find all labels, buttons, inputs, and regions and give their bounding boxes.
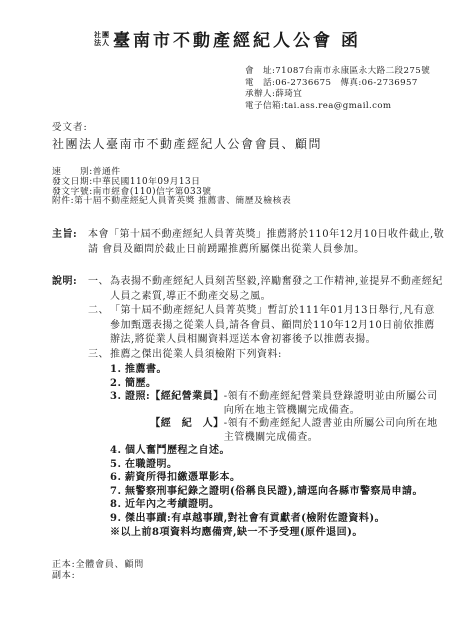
- explanation-label: 說明:: [52, 275, 88, 362]
- explanation-items: 一、 為表揚不動產經紀人員刻苦堅毅,淬勵奮發之工作精神,並提昇不動產經紀人員之素…: [88, 275, 445, 362]
- license-salesperson-text: -領有不動產經紀營業員登錄證明並由所屬公司向所在地主管機關完成備查。: [224, 390, 445, 417]
- required-doc-8: 8. 近年內之考績證明。: [110, 498, 445, 512]
- contact-person: 承辦人:薛琦宜: [245, 89, 445, 101]
- required-doc-2-num: 2.: [110, 377, 125, 391]
- required-doc-7: 7. 無警察刑事紀錄之證明(俗稱良民證),請逕向各縣市警察局申請。: [110, 485, 445, 499]
- meta-priority-value: 普通件: [93, 167, 121, 177]
- document-title-row: 社團 法人 臺南市不動產經紀人公會函: [94, 26, 445, 51]
- contact-phone-label: 電 話:: [245, 78, 275, 88]
- contact-phone: 電 話:06-2736675 傳真:06-2736957: [245, 78, 445, 90]
- required-doc-2: 2. 簡歷。: [110, 377, 445, 391]
- explanation-section: 說明: 一、 為表揚不動產經紀人員刻苦堅毅,淬勵奮發之工作精神,並提昇不動產經紀…: [52, 275, 445, 362]
- recipient-value: 社團法人臺南市不動產經紀人公會會員、顧問: [52, 135, 445, 152]
- meta-date-label: 發文日期:: [52, 177, 93, 187]
- required-doc-9-text: 傑出事蹟:有卓越事蹟,對社會有貢獻者(檢附佐證資料)。: [125, 512, 445, 526]
- meta-attachment-label: 附件:: [52, 196, 74, 206]
- distribution-block: 正本:全體會員、顧問 副本:: [52, 560, 445, 582]
- contact-phone-value: 06-2736675 傳真:06-2736957: [275, 78, 418, 88]
- original-copy-value: 全體會員、顧問: [75, 560, 144, 570]
- explanation-item-1-num: 一、: [88, 275, 110, 304]
- required-doc-6-num: 6.: [110, 471, 125, 485]
- required-doc-8-text: 近年內之考績證明。: [125, 498, 445, 512]
- org-type-prefix: 社團 法人: [94, 31, 110, 47]
- contact-person-label: 承辦人:: [245, 89, 275, 99]
- document-title: 臺南市不動產經紀人公會函: [113, 26, 361, 51]
- doc-type-letter: 函: [341, 31, 361, 51]
- contact-address: 會 址:71087台南市永康區永大路二段275號: [245, 66, 445, 78]
- required-doc-1-num: 1.: [110, 363, 125, 377]
- explanation-item-2: 二、 「第十屆不動產經紀人員菁英獎」暫訂於111年01月13日舉行,凡有意參加甄…: [88, 304, 445, 348]
- duplicate-copy-row: 副本:: [52, 571, 445, 582]
- original-copy-row: 正本:全體會員、顧問: [52, 560, 445, 571]
- required-doc-7-num: 7.: [110, 485, 125, 499]
- contact-email-value: tai.ass.rea@gmail.com: [284, 101, 391, 111]
- required-doc-4-num: 4.: [110, 444, 125, 458]
- document-page: 社團 法人 臺南市不動產經紀人公會函 會 址:71087台南市永康區永大路二段2…: [0, 0, 453, 640]
- required-doc-4-text: 個人奮鬥歷程之自述。: [125, 444, 445, 458]
- required-doc-1: 1. 推薦書。: [110, 363, 445, 377]
- explanation-item-3: 三、 推薦之傑出從業人員須檢附下列資料:: [88, 348, 445, 363]
- required-doc-3-text: 證照:: [125, 390, 150, 444]
- original-copy-label: 正本:: [52, 560, 75, 570]
- license-salesperson-bracket: 【經紀營業員】: [150, 390, 224, 417]
- required-doc-6: 6. 薪資所得扣繳憑單影本。: [110, 471, 445, 485]
- contact-block: 會 址:71087台南市永康區永大路二段275號 電 話:06-2736675 …: [245, 66, 445, 112]
- org-prefix-line2: 法人: [94, 39, 110, 47]
- meta-attachment-value: 第十屆不動產經紀人員菁英獎 推薦書、簡歷及檢核表: [74, 196, 291, 206]
- completeness-note: ※以上前8項資料均應備齊,缺一不予受理(原件退回)。: [110, 526, 445, 540]
- subject-label: 主旨:: [52, 227, 88, 257]
- meta-date-value: 中華民國110年09月13日: [93, 177, 201, 187]
- required-doc-8-num: 8.: [110, 498, 125, 512]
- required-doc-3-num: 3.: [110, 390, 125, 444]
- required-doc-7-text: 無警察刑事紀錄之證明(俗稱良民證),請逕向各縣市警察局申請。: [125, 485, 445, 499]
- required-doc-5: 5. 在職證明。: [110, 458, 445, 472]
- required-doc-1-text: 推薦書。: [125, 363, 445, 377]
- required-doc-5-text: 在職證明。: [125, 458, 445, 472]
- required-doc-2-text: 簡歷。: [125, 377, 445, 391]
- meta-priority-label: 速 別:: [52, 167, 93, 177]
- required-doc-4: 4. 個人奮鬥歷程之自述。: [110, 444, 445, 458]
- license-broker: 【經 紀 人】 -領有不動產經紀人證書並由所屬公司向所在地主管機關完成備查。: [150, 417, 445, 444]
- contact-email: 電子信箱:tai.ass.rea@gmail.com: [245, 101, 445, 113]
- contact-email-label: 電子信箱:: [245, 101, 284, 111]
- required-doc-9: 9. 傑出事蹟:有卓越事蹟,對社會有貢獻者(檢附佐證資料)。: [110, 512, 445, 526]
- required-doc-9-num: 9.: [110, 512, 125, 526]
- recipient-label: 受文者:: [52, 119, 445, 133]
- explanation-item-2-num: 二、: [88, 304, 110, 348]
- explanation-item-1-text: 為表揚不動產經紀人員刻苦堅毅,淬勵奮發之工作精神,並提昇不動產經紀人員之素質,導…: [110, 275, 445, 304]
- contact-address-value: 71087台南市永康區永大路二段275號: [275, 66, 430, 76]
- required-doc-3: 3. 證照: 【經紀營業員】 -領有不動產經紀營業員登錄證明並由所屬公司向所在地…: [110, 390, 445, 444]
- meta-block: 速 別:普通件 發文日期:中華民國110年09月13日 發文字號:南市經會(11…: [52, 168, 445, 207]
- required-documents-list: 1. 推薦書。 2. 簡歷。 3. 證照: 【經紀營業員】 -領有不動產經紀營業…: [110, 363, 445, 540]
- license-salesperson: 【經紀營業員】 -領有不動產經紀營業員登錄證明並由所屬公司向所在地主管機關完成備…: [150, 390, 445, 417]
- license-broker-bracket: 【經 紀 人】: [150, 417, 224, 444]
- duplicate-copy-label: 副本:: [52, 571, 75, 581]
- explanation-item-1: 一、 為表揚不動產經紀人員刻苦堅毅,淬勵奮發之工作精神,並提昇不動產經紀人員之素…: [88, 275, 445, 304]
- contact-person-value: 薛琦宜: [275, 89, 302, 99]
- required-doc-5-num: 5.: [110, 458, 125, 472]
- explanation-item-2-text: 「第十屆不動產經紀人員菁英獎」暫訂於111年01月13日舉行,凡有意參加甄選表揚…: [110, 304, 445, 348]
- license-entries: 【經紀營業員】 -領有不動產經紀營業員登錄證明並由所屬公司向所在地主管機關完成備…: [150, 390, 445, 444]
- license-broker-text: -領有不動產經紀人證書並由所屬公司向所在地主管機關完成備查。: [224, 417, 445, 444]
- explanation-item-3-num: 三、: [88, 348, 110, 363]
- subject-text: 本會「第十屆不動產經紀人員菁英獎」推薦將於110年12月10日收件截止,敬請 會…: [88, 227, 445, 257]
- required-doc-6-text: 薪資所得扣繳憑單影本。: [125, 471, 445, 485]
- contact-address-label: 會 址:: [245, 66, 275, 76]
- org-name: 臺南市不動產經紀人公會: [113, 31, 333, 51]
- meta-attachment: 附件:第十屆不動產經紀人員菁英獎 推薦書、簡歷及檢核表: [52, 197, 445, 207]
- subject-section: 主旨: 本會「第十屆不動產經紀人員菁英獎」推薦將於110年12月10日收件截止,…: [52, 227, 445, 257]
- explanation-item-3-text: 推薦之傑出從業人員須檢附下列資料:: [110, 348, 445, 363]
